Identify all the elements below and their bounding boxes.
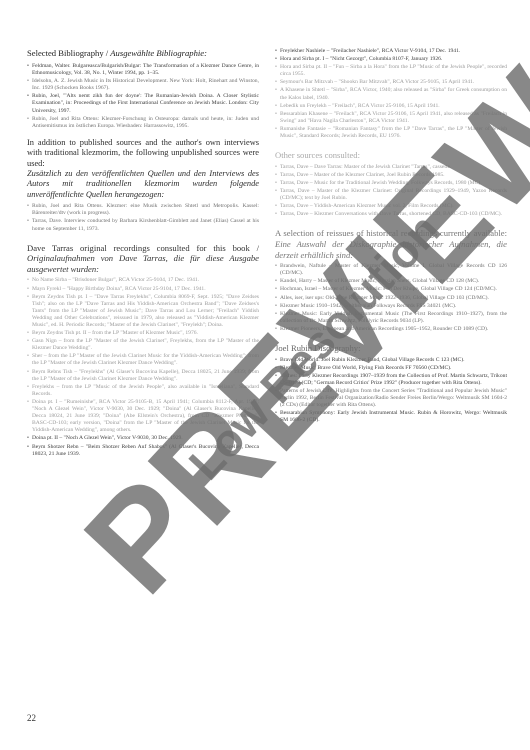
list-item: Klezmer Pioneers, European and American … (275, 326, 507, 333)
list-item: Klezmer Music, Brave Old World, Flying F… (275, 365, 507, 372)
recordings-heading: Dave Tarras original recordings consulte… (27, 243, 259, 275)
intro-english: In addition to published sources and the… (27, 138, 259, 169)
bibliography-list: Feldman, Walter. Bulgareasca/Bulgarish/B… (27, 63, 259, 130)
list-item: Brave Old World: Joel Rubin Klezmer Band… (275, 357, 507, 364)
list-item: Alles, iser, iser ups: Old-Time Klezmer … (275, 295, 507, 302)
bibliography-heading: Selected Bibliography / Ausgewählte Bibl… (27, 48, 259, 59)
list-item: Tarras, Dave – Yiddish-American Klezmer … (275, 203, 507, 210)
other-sources-heading: Other sources consulted: (275, 150, 507, 161)
list-item: Mayn Fyrekl – "Happy Birthday Doina", RC… (27, 286, 259, 293)
document-page: Selected Bibliography / Ausgewählte Bibl… (0, 0, 530, 750)
list-item: Bessarabian Khasene – "Freilach", RCA Vi… (275, 111, 507, 125)
list-item: Patterns of Jewish Life: Highlights from… (275, 388, 507, 409)
rubin-discography-list: Brave Old World: Joel Rubin Klezmer Band… (275, 357, 507, 425)
list-item: Bessarabian Symphony: Early Jewish Instr… (275, 410, 507, 424)
list-item: Hora and Sirba pt. II – "Fun – Sirba a l… (275, 64, 507, 78)
list-item: Tarras, Dave – Master of the Klezmer Cla… (275, 188, 507, 202)
list-item: Tarras, Dave – Klezmer Conversations wit… (275, 211, 507, 218)
list-item: Brandwein, Naftule – Master of Klezmer M… (275, 263, 507, 277)
unpublished-sources-list: Rubin, Joel and Rita Ottens. Klezmer: ei… (27, 203, 259, 232)
page-number: 22 (27, 713, 36, 723)
tarras-recordings-continued-list: Freylekher Nashiele – "Freilacher Nashie… (275, 48, 507, 140)
list-item: Klezmer Music: Early Yiddish Instrumenta… (275, 311, 507, 325)
list-item: Yikhes: Early Klezmer Recordings 1907–19… (275, 373, 507, 387)
list-item: Tarras, Dave – Music for the Traditional… (275, 180, 507, 187)
reissues-heading: A selection of reissues of historical re… (275, 228, 507, 260)
list-item: Hora and Sirba pt. I – "Nicht Gezorgt", … (275, 56, 507, 63)
list-item: Freylekher Nashiele – "Freilacher Nashie… (275, 48, 507, 55)
list-item: Seymour's Bar Mitzvah – "Shookn Bar Mitz… (275, 79, 507, 86)
list-item: Tarras, Dave – Dave Tarras: Master of th… (275, 164, 507, 171)
left-column: Selected Bibliography / Ausgewählte Bibl… (27, 48, 259, 459)
list-item: Doina pt. I – "Rumeinishe", RCA Victor 2… (27, 399, 259, 434)
right-column: Freylekher Nashiele – "Freilacher Nashie… (275, 45, 507, 425)
tarras-recordings-list: No Name Sirba – "Brisdoner Bulgar", RCA … (27, 277, 259, 457)
reissues-list: Brandwein, Naftule – Master of Klezmer M… (275, 263, 507, 333)
list-item: Idelsohn, A. Z. Jewish Music in Its Hist… (27, 78, 259, 92)
list-item: Beym Zeydns Tish pt. II – from the LP "M… (27, 330, 259, 337)
intro-german: Zusätzlich zu den veröffentlichten Quell… (27, 169, 259, 200)
list-item: Kandel, Harry – Master of Klezmer Music,… (275, 278, 507, 285)
rubin-discography-heading: Joel Rubin Discography: (275, 343, 507, 354)
list-item: A Khasene in Shtetl – "Sirba", RCA Victo… (275, 87, 507, 101)
list-item: Feldman, Walter. Bulgareasca/Bulgarish/B… (27, 63, 259, 77)
list-item: Rubin, Joel and Rita Ottens. Klezmer: ei… (27, 203, 259, 217)
list-item: Tarras, Dave – Master of the Klezmer Cla… (275, 172, 507, 179)
list-item: Gasn Nign – from the LP "Master of the J… (27, 338, 259, 352)
list-item: Doina pt. II – "Noch A Glezel Wein", Vic… (27, 435, 259, 442)
list-item: Tarras, Dave. Interview conducted by Bar… (27, 218, 259, 232)
list-item: Beym Rebns Tish – "Freylekhs" (Al Glaser… (27, 369, 259, 383)
list-item: Freylekhs – from the LP "Music of the Je… (27, 384, 259, 398)
list-item: Lebedik un Freylekh – "Freilach", RCA Vi… (275, 103, 507, 110)
list-item: Klezmer Music 1910–1942, Smithsonian Fol… (275, 303, 507, 310)
list-item: Beym Zeydns Tish pt. I – "Dave Tarras Fr… (27, 294, 259, 329)
list-item: Rubin, Joel, "'Alts nemt zikh fun der do… (27, 93, 259, 114)
list-item: Beym Shotzer Rebn – "Beim Shotzer Reben … (27, 444, 259, 458)
list-item: Rubin, Joel and Rita Ottens: Klezmer-For… (27, 116, 259, 130)
list-item: Sher – from the LP "Master of the Jewish… (27, 353, 259, 367)
list-item: Rumanishe Fantasie – "Romanian Fantasy" … (275, 126, 507, 140)
other-sources-list: Tarras, Dave – Dave Tarras: Master of th… (275, 164, 507, 219)
list-item: Hochman, Israel – Master of Klezmer Musi… (275, 286, 507, 293)
list-item: No Name Sirba – "Brisdoner Bulgar", RCA … (27, 277, 259, 284)
